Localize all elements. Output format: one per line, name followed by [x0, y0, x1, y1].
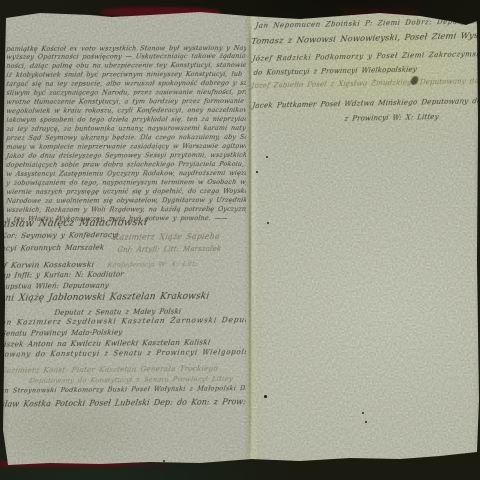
paragraph-line: wszelkich, Rozkazom y Woli Rządowey, na … [6, 205, 246, 214]
manuscript-paper: pamiątkę Kościoł ex voto wszystkich Stan… [0, 0, 480, 480]
ink-speck [163, 460, 165, 462]
signature-line: Kazimierz Konst: Plater Kasztelan Genera… [1, 364, 219, 375]
ink-speck [264, 395, 267, 398]
paragraph-line: Jakoż do dnia dzisieyszego Seymowey Sess… [6, 151, 246, 160]
paragraph-line: mowy w komplecie nieprzerwanie zasiadaią… [6, 142, 246, 151]
signature-line: Deputowany do Konstytucyi z Senatu z Pro… [0, 348, 246, 359]
signature-line: Kazimierz Xiąże Sapieha [113, 232, 221, 242]
paragraph-line: targać się na iey zepsucie, albo wzrusza… [6, 79, 246, 88]
signature-line: Tomasz z Nowowsi Nowowieyski, Poseł Ziem… [251, 27, 478, 46]
signature-line: Jan Nepomucen Zboiński P: Ziemi Dobrz: D… [255, 17, 478, 30]
signature-line: Jacek Puttkamer Poseł Wdztwa Mińskiego D… [252, 96, 478, 110]
left-page: pamiątkę Kościoł ex voto wszystkich Stan… [0, 0, 246, 480]
paragraph-line: wrotne tłumaczenie Konstytucyi, a tym ba… [6, 97, 246, 106]
ink-speck [256, 171, 258, 173]
signature-line: Biskup Inflł: y Kurlan: N: Koadiutor [0, 271, 124, 280]
signature-line: Referendarz W: Kor: Seymowy y Konfederac… [0, 230, 119, 241]
signature-line: Walerian Stroynowski Podkomorzy Buski Po… [0, 384, 246, 395]
signature-line: Konfederacyi W: X: Litt: [107, 260, 198, 269]
signature-line: z Prowincyi W: X: Littey [344, 113, 439, 123]
paragraph-line: wegokolwiek w kraiu rokoszu, czyli Konfe… [6, 106, 246, 115]
paragraph-line: przez Sąd Seymowy ukarany będzie. Dla cz… [6, 133, 246, 142]
signature-line: Gnł: Artyll: Litt: Marszałek [117, 245, 222, 254]
paragraph-line: wiernie naszych przysięgę uczynić się y … [6, 187, 246, 196]
paragraph-line: śliwym być zaczynaiącego Narodu, przez z… [6, 88, 246, 97]
signature-line: Stanisław Nałęcz Małachowski [0, 217, 148, 230]
signature-line: Deputowany do Konstytucyi z Senatu Prowi… [29, 375, 234, 385]
signature-line: Biskupstwa Wileń: Deputowany [0, 282, 109, 291]
paragraph-line: y zobowiązaniem do tego, naypoznieyszym … [6, 178, 246, 187]
paragraph-line: za iey zdraycę, za buntownika uznany, na… [6, 124, 246, 133]
signature-line: Józef Radzicki Podkomorzy y Poseł Ziemi … [252, 49, 478, 63]
signature-line: Antoni Xiążę Jabłonowski Kasztelan Krako… [0, 292, 210, 304]
signature-line: Prowincyi Koronnych Marszałek [0, 243, 105, 253]
paragraph-line: wyższey Opatrzności poświęcony — Uskutec… [6, 52, 246, 61]
paragraph-line: Narodowe za uwolnieniem się obywatelow, … [6, 196, 246, 205]
signature-line: Franciszek Antoni na Kwilczu Kwilecki Ka… [0, 338, 211, 349]
scanned-manuscript: pamiątkę Kościoł ex voto wszystkich Stan… [0, 0, 480, 480]
signature-line: Stanisław Kostka Potocki Poseł Lubelski … [0, 396, 246, 409]
paragraph-line: ności, daiąc palmę obu na ubezpieczenie … [6, 61, 246, 70]
signature-line: do Konstytucyi z Prowincyi Wielkopolskie… [253, 66, 417, 77]
signature-line: Symeon Kazimierz Szydłowski Kasztelan Ża… [0, 315, 246, 327]
paragraph-line: iakowym sposobem do tego dzieła przykład… [6, 115, 246, 124]
ink-speck [365, 421, 367, 423]
signature-line: Józef Zabiełło Poseł z Xięstwa Żmudzkieg… [251, 77, 478, 90]
signature-line: z Senatu Prowincyi Mało-Polskiey [0, 329, 123, 338]
paragraph-line: dopełniaiących sobie praw dobra szlachec… [6, 160, 246, 169]
signature-line: Józef Korwin Kossakowski [0, 260, 95, 270]
paragraph-line: w Assystencyi Zastępnieniu Oyczyzny Roda… [6, 169, 246, 178]
paragraph-line: iż ktobykolwiek śmiał być przeciwnym nin… [6, 70, 243, 79]
right-page: Jan Nepomucen Zboiński P: Ziemi Dobrz: D… [250, 0, 478, 480]
